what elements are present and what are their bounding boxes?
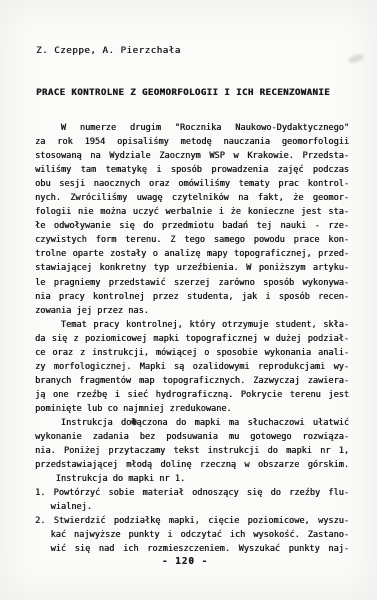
text-line: le pragniemy przedstawić szerzej zarówno… xyxy=(35,276,349,290)
text-line: łe odwoływanie się do przedmiotu badań t… xyxy=(35,219,349,233)
text-line: stawiającej konkretny typ urzeźbienia. W… xyxy=(35,261,349,275)
text-line: Instrukcja do mapki nr 1. xyxy=(35,472,349,486)
text-line: ce oraz z instrukcji, mówiącej o sposobi… xyxy=(35,346,349,360)
body-text: W numerze drugim "Rocznika Naukowo-Dydak… xyxy=(35,121,349,556)
text-line: wić się nad ich rozmieszczeniem. Wyszuka… xyxy=(35,542,349,556)
text-line: wiliśmy tam tematykę i sposób prowadzeni… xyxy=(35,163,349,177)
text-line: obu sesji naocznych oraz omówiliśmy tema… xyxy=(35,177,349,191)
text-line: da się z poziomicowej mapki topograficzn… xyxy=(35,332,349,346)
text-line: nia. Poniżej przytaczamy tekst instrukcj… xyxy=(35,444,349,458)
text-line: przedstawiającej młodą dolinę rzeczną w … xyxy=(35,458,349,472)
text-line: zowania jej przez nas. xyxy=(35,304,349,318)
text-line: Instrukcja dołączona do mapki ma słuchac… xyxy=(35,416,349,430)
scan-smudge xyxy=(347,53,364,65)
text-line: pominięte lub co najmniej zredukowane. xyxy=(35,402,349,416)
text-line: nych. Zwróciliśmy uwagę czytelników na f… xyxy=(35,191,349,205)
text-line: nia pracy kontrolnej przez studenta, jak… xyxy=(35,290,349,304)
text-line: czywistych form terenu. Z tego samego po… xyxy=(35,233,349,247)
text-line: ją one rzeźbę i sieć hydrograficzną. Pok… xyxy=(35,388,349,402)
text-line: stosowaną na Wydziale Zaocznym WSP w Kra… xyxy=(35,149,349,163)
document-page: Z. Czeppe, A. Pierzchała PRACE KONTROLNE… xyxy=(0,0,377,600)
text-line: branych fragmentów map topograficznych. … xyxy=(35,374,349,388)
text-line: Temat pracy kontrolnej, który otrzymuje … xyxy=(35,318,349,332)
text-line: W numerze drugim "Rocznika Naukowo-Dydak… xyxy=(35,121,349,135)
text-line: kać najwyższe punkty i odczytać ich wyso… xyxy=(35,528,349,542)
page-number: - 120 - xyxy=(35,556,335,567)
text-line: 2. Stwierdzić podziałkę mapki, cięcie po… xyxy=(35,514,349,528)
text-line: wialnej. xyxy=(35,500,349,514)
text-line: 1. Powtórzyć sobie materiał odnoszący si… xyxy=(35,486,349,500)
text-line: za rok 1954 opisaliśmy metodę nauczania … xyxy=(35,135,349,149)
text-line: fologii nie można uczyć werbalnie i że k… xyxy=(35,205,349,219)
page-title: PRACE KONTROLNE Z GEOMORFOLOGII I ICH RE… xyxy=(36,87,330,98)
text-line: wykonanie zadania bez podsuwania mu goto… xyxy=(35,430,349,444)
text-line: zy morfologicznej. Mapki są ozalidowymi … xyxy=(35,360,349,374)
text-line: trolne oparte zostały o analizę mapy top… xyxy=(35,247,349,261)
ink-blot xyxy=(131,419,137,425)
author-line: Z. Czeppe, A. Pierzchała xyxy=(36,45,181,56)
